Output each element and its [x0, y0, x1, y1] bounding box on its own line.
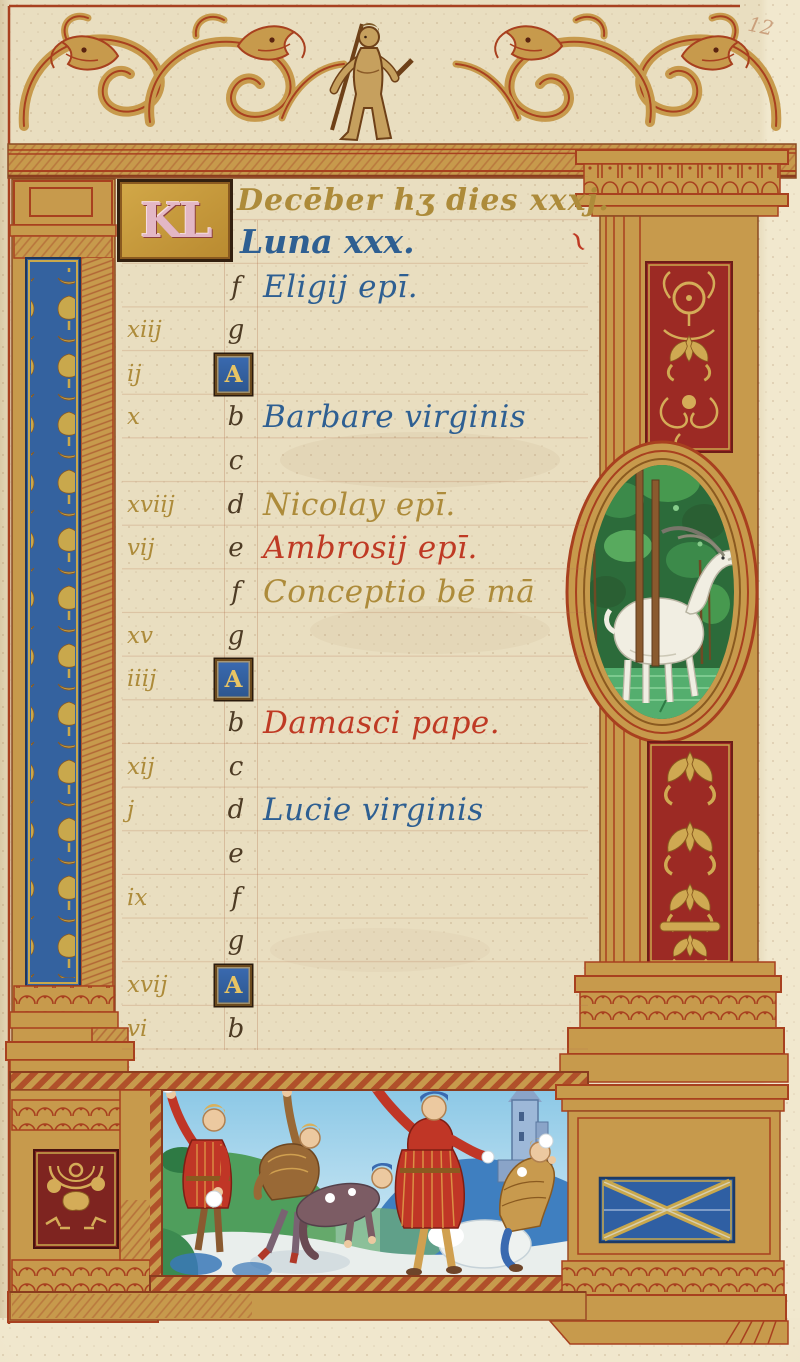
dominical-letter: g	[216, 919, 256, 963]
manuscript-page: .gs{fill:none;stroke:#c79a4c;stroke-widt…	[0, 0, 800, 1362]
calendar-rows: fEligij epī.xiijgijAxbBarbare virginiscx…	[0, 0, 800, 1362]
golden-number: vi	[127, 1007, 212, 1051]
calendar-day-row: iiijA	[0, 657, 800, 701]
golden-number: j	[127, 788, 212, 832]
calendar-day-row: xijc	[0, 745, 800, 789]
golden-number: iiij	[127, 657, 212, 701]
golden-number: xviij	[127, 483, 212, 527]
feast-entry: Eligij epī.	[263, 265, 418, 309]
calendar-day-row: fEligij epī.	[0, 265, 800, 309]
feast-entry: Nicolay epī.	[263, 483, 456, 527]
dominical-letter: d	[216, 788, 256, 832]
dominical-letter: c	[216, 439, 256, 483]
calendar-day-row: vijeAmbrosij epī.	[0, 526, 800, 570]
dominical-letter: e	[216, 526, 256, 570]
dominical-letter: d	[216, 483, 256, 527]
calendar-day-row: g	[0, 919, 800, 963]
feast-entry: Ambrosij epī.	[263, 526, 478, 570]
feast-entry: Barbare virginis	[263, 395, 526, 439]
calendar-day-row: ixf	[0, 876, 800, 920]
dominical-letter: b	[216, 1007, 256, 1051]
calendar-text-layer: 12 KL Decēber hʒ dies xxxj. Luna xxx. ~ …	[0, 0, 800, 1362]
dominical-letter: b	[216, 701, 256, 745]
dominical-letter: f	[216, 570, 256, 614]
golden-number: xv	[127, 614, 212, 658]
calendar-day-row: fConceptio bē mā	[0, 570, 800, 614]
dominical-letter: f	[216, 265, 256, 309]
feast-entry: Conceptio bē mā	[263, 570, 535, 614]
golden-number: xij	[127, 745, 212, 789]
golden-number: xvij	[127, 963, 212, 1007]
golden-number: ix	[127, 876, 212, 920]
dominical-letter: g	[216, 614, 256, 658]
dominical-letter: e	[216, 832, 256, 876]
decorated-initial-a: A	[215, 659, 252, 700]
calendar-day-row: xvijA	[0, 963, 800, 1007]
decorated-initial-a: A	[215, 354, 252, 395]
golden-number: x	[127, 395, 212, 439]
calendar-day-row: xiijg	[0, 308, 800, 352]
calendar-day-row: vib	[0, 1007, 800, 1051]
golden-number: vij	[127, 526, 212, 570]
feast-entry: Lucie virginis	[263, 788, 484, 832]
dominical-letter: c	[216, 745, 256, 789]
decorated-initial-a: A	[215, 965, 252, 1006]
calendar-day-row: c	[0, 439, 800, 483]
golden-number: xiij	[127, 308, 212, 352]
dominical-letter: b	[216, 395, 256, 439]
feast-entry: Damasci pape.	[263, 701, 500, 745]
calendar-day-row: ijA	[0, 352, 800, 396]
dominical-letter: f	[216, 876, 256, 920]
calendar-day-row: e	[0, 832, 800, 876]
dominical-letter: g	[216, 308, 256, 352]
calendar-day-row: bDamasci pape.	[0, 701, 800, 745]
calendar-day-row: xviijdNicolay epī.	[0, 483, 800, 527]
calendar-day-row: xbBarbare virginis	[0, 395, 800, 439]
calendar-day-row: jdLucie virginis	[0, 788, 800, 832]
golden-number: ij	[127, 352, 212, 396]
calendar-day-row: xvg	[0, 614, 800, 658]
